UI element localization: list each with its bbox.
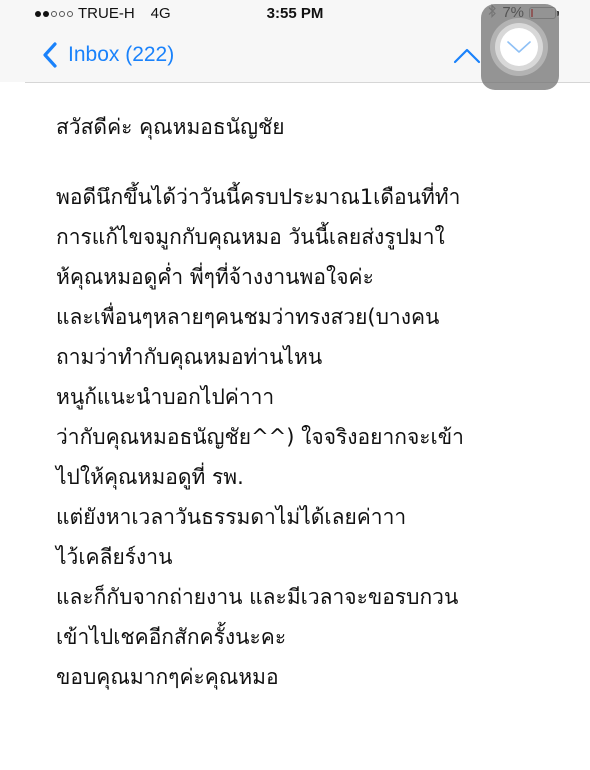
message-line: ถามว่าทำกับคุณหมอท่านไหน [56, 337, 566, 377]
assistive-touch-icon [500, 28, 538, 66]
chevron-up-icon [452, 44, 482, 66]
back-to-inbox-button[interactable]: Inbox (222) [40, 42, 174, 68]
message-line: หนูก้แนะนำบอกไปค่าาา [56, 377, 566, 417]
chevron-left-icon [40, 42, 62, 68]
previous-message-button[interactable] [452, 44, 482, 66]
assistive-touch-button[interactable] [481, 4, 559, 90]
message-line: และก็กับจากถ่ายงาน และมีเวลาจะขอรบกวน [56, 577, 566, 617]
message-line: ขอบคุณมากๆค่ะคุณหมอ [56, 657, 566, 697]
mail-message-screen: TRUE-H 4G 3:55 PM 7% Inbox (222) [0, 0, 590, 770]
message-line: เข้าไปเชคอีกสักครั้งนะคะ [56, 617, 566, 657]
assistive-touch-outer-ring [490, 18, 548, 76]
message-line: ห้คุณหมอดูค่ำ พี่ๆที่จ้างงานพอใจค่ะ [56, 257, 566, 297]
message-line: ไว้เคลียร์งาน [56, 537, 566, 577]
message-line: ว่ากับคุณหมอธนัญชัย^^) ใจจริงอยากจะเข้า [56, 417, 566, 457]
message-body: สวัสดีค่ะ คุณหมอธนัญชัย พอดีนึกขึ้นได้ว่… [56, 107, 566, 697]
message-greeting: สวัสดีค่ะ คุณหมอธนัญชัย [56, 107, 566, 147]
message-line: แต่ยังหาเวลาวันธรรมดาไม่ได้เลยค่าาา [56, 497, 566, 537]
message-line: การแก้ไขจมูกกับคุณหมอ วันนี้เลยส่งรูปมาใ [56, 217, 566, 257]
assistive-touch-inner-ring [495, 23, 543, 71]
message-line: พอดีนึกขึ้นได้ว่าวันนี้ครบประมาณ1เดือนที… [56, 177, 566, 217]
message-line: และเพื่อนๆหลายๆคนชมว่าทรงสวย(บางคน [56, 297, 566, 337]
message-line: ไปให้คุณหมอดูที่ รพ. [56, 457, 566, 497]
back-button-label: Inbox (222) [68, 43, 174, 67]
